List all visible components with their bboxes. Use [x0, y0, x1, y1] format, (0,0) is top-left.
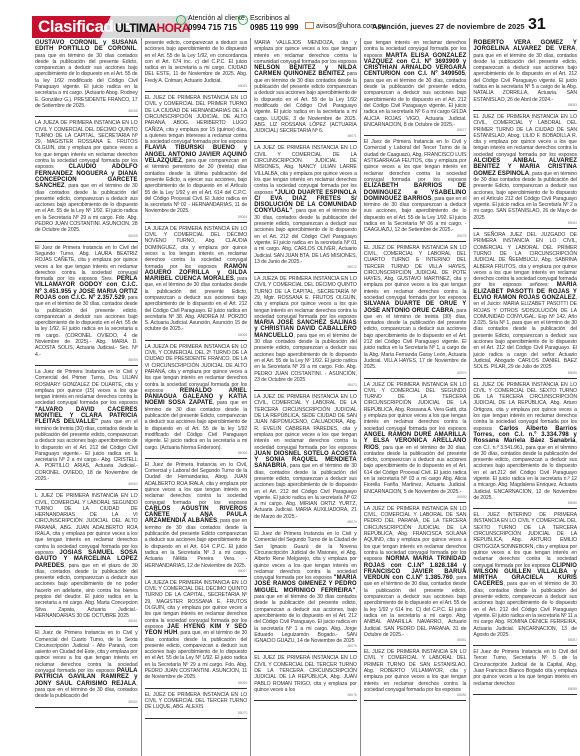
ad-lead-text: EL JUEZ DE PRIMERA INSTANCIA EN LO CIVIL… — [364, 649, 467, 693]
classifieds-columns: GUSTAVO CORONIL y SUSANA EDITH PORTILLO … — [32, 38, 580, 756]
classified-ad: LA JUEZ DE PRIMERA INSTANCIA EN LO CIVIL… — [254, 392, 357, 528]
ad-lead-text: EL JUEZ DE PRIMERA INSTANCIA EN LO CIVIL… — [473, 114, 577, 158]
ad-code: 88088 — [473, 687, 577, 691]
ad-body-text: , para que en término de 30 días contado… — [35, 46, 138, 109]
ad-names: GUSTAVO CORONIL y SUSANA EDITH PORTILLO … — [35, 40, 138, 52]
ad-names: ROBERTO VERA GOMEZ Y JORGELINA ALVAREZ D… — [473, 40, 577, 52]
ad-code: 88068 — [35, 109, 138, 113]
ad-code: 88060 — [35, 482, 138, 486]
ad-code: 88087 — [473, 638, 577, 642]
ad-body-text: , con C.I. n.º 3.541.961, para que en el… — [473, 438, 577, 501]
ad-lead-text: LA JUEZA DE PRIMERA INSTANCIA EN LO CIVI… — [145, 344, 248, 394]
classified-ad: LA JUEZA DE PRIMERA INSTANCIA EN LO CIVI… — [145, 342, 248, 459]
whatsapp-contact: Escribinos al 0985 119 999 — [250, 14, 299, 32]
ad-code: 88067 — [145, 569, 248, 573]
ad-code: 88083 — [473, 103, 577, 107]
ad-body-text: , para que en el término de 30 días comp… — [364, 196, 467, 233]
ad-lead-text: El Juez de Primera Instancia en lo Civil… — [254, 531, 357, 581]
ad-lead-text: presente edicto, comparezcan a deducir s… — [145, 40, 248, 84]
ad-lead-text: LA SEÑORA JUEZ DEL JUZGADO DE PRIMERA IN… — [473, 232, 577, 288]
classified-ad: presente edicto, comparezcan a deducir s… — [145, 38, 248, 92]
ad-code: 88074 — [254, 520, 357, 524]
classified-ad: El Juez de Primera Instancia en lo Civil… — [364, 137, 467, 241]
ad-body-text: , para que en el término de 30 días cont… — [254, 333, 357, 383]
ad-lead-text: El Juez de Primera Instancia en lo Civil… — [473, 649, 577, 686]
classified-ad: ROBERTO VERA GOMEZ Y JORGELINA ALVAREZ D… — [473, 38, 577, 111]
ad-body-text: , en el Juicio: MARIA ELIZABET PASOTTI D… — [473, 295, 577, 370]
column-5: ROBERTO VERA GOMEZ Y JORGELINA ALVAREZ D… — [470, 38, 580, 756]
ad-body-text: , para que en término de 30 días contado… — [145, 400, 248, 450]
ad-code: 88082 — [364, 693, 467, 697]
classified-ad: EL JUEZ DE PRIMERA INSTANCIA EN LO CIVIL… — [473, 380, 577, 510]
ad-body-text: , para que comparezcan en el término per… — [145, 158, 248, 214]
ad-body-text: , para que, en el término de 30 días con… — [145, 630, 248, 680]
ad-lead-text: LA JUEZ DE PRIMERA INSTANCIA EN LO CIVIL… — [364, 506, 467, 562]
ad-code: 88065 — [145, 333, 248, 337]
page-number: 31 — [528, 16, 546, 34]
classified-ad: LA JUEZA DE PRIMERA INSTANCIA EN LO CIVI… — [35, 118, 138, 241]
ad-lead-text: EL JUEZ INTERINO DE PRIMERA INSTANCIA EN… — [473, 512, 577, 568]
classified-ad: EL JUEZ DE PRIMERA INSTANCIA EN LO CIVIL… — [473, 112, 577, 229]
whatsapp-label: Escribinos al — [250, 14, 299, 23]
ad-body-text: , para que en el término de 30 días, con… — [254, 463, 357, 519]
ad-code: 88066 — [145, 451, 248, 455]
classified-ad: El Juez de Primera Instancia en lo Civil… — [254, 529, 357, 652]
ad-code: 88086 — [473, 501, 577, 505]
ad-lead-text: LA JUEZ DE PRIMERA INSTANCIA EN LO CIVIL… — [364, 382, 467, 432]
ad-code: 88073 — [254, 383, 357, 387]
classified-ad: MARIA VALLEJOS MENDOZA, cita y emplaza p… — [254, 38, 357, 142]
ad-code: 88071 — [254, 134, 357, 138]
ad-code: 88061 — [35, 619, 138, 623]
ad-lead-text: L JUEZ DE PRIMERA INSTANCIA EN LO CIVIL,… — [35, 493, 138, 556]
ad-body-text: , para que en el término de 30 días, con… — [473, 46, 577, 102]
classified-ad: El Juez de Primera Instancia en lo Civil… — [35, 243, 138, 366]
classified-ad: EL JUEZ DE PRIMERA INSTANCIA EN LO CIVIL… — [364, 243, 467, 379]
classified-ad: EL JUEZ DE PRIMERA INSTANCIA EN LO CIVIL… — [145, 690, 248, 719]
ad-body-text: , para que en el término de 30 días, con… — [364, 575, 467, 638]
ad-code: 88084 — [473, 221, 577, 225]
classified-ad: que tengan interés en reclamar derechos … — [364, 38, 467, 136]
ad-code: 88069 — [145, 681, 248, 685]
ad-lead-text: EL JUEZ DE PRIMERA INSTANCIA EN LO CIVIL… — [145, 95, 248, 145]
ad-code: 88078 — [364, 234, 467, 238]
publication-date: Asunción, jueves 27 de noviembre de 2025 — [372, 22, 525, 31]
ad-code: 88077 — [364, 128, 467, 132]
classified-ad: El Juez de Primera Instancia en lo Civil… — [145, 460, 248, 577]
ad-lead-text: LA JUEZ DE PRIMERA INSTANCIA EN LO CIVIL… — [254, 394, 357, 450]
ad-code: 88079 — [364, 371, 467, 375]
ad-body-text: para que en término de 30 días contados … — [254, 71, 357, 134]
column-2: presente edicto, comparezcan a deducir s… — [142, 38, 252, 756]
ad-names: SILVANA DUARTE DE ORUE Y JOSE ANTONIO OR… — [364, 301, 467, 313]
ad-body-text: , para que, en el término de 30 días con… — [145, 276, 248, 332]
ad-body-text: , para que en el término de treinta (30)… — [364, 308, 467, 371]
ad-names: NELSON BENITEZ y NILDA CARMEN QUIÑONEZ B… — [254, 65, 357, 77]
contact-phone[interactable]: 0994 715 715 — [188, 23, 247, 32]
classified-ad: GUSTAVO CORONIL y SUSANA EDITH PORTILLO … — [35, 38, 138, 117]
ad-lead-text: El Juez de Primera Instancia en lo Civil… — [364, 139, 467, 183]
ad-code: 88059 — [35, 358, 138, 362]
ad-lead-text: EL JUEZ DE PRIMERA INSTANCIA EN LO CIVIL… — [254, 655, 357, 692]
ad-lead-text: EL JUEZ DE PRIMERA INSTANCIA EN LO CIVIL… — [473, 382, 577, 432]
classified-ad: LA JUEZ DE PRIMERA INSTANCIA EN LO CIVIL… — [364, 504, 467, 646]
ad-lead-text: La Juez de Primera Instancia en lo Civil… — [35, 369, 138, 406]
classified-ad: LA JUEZA DE PRIMERA INSTANCIA EN LO CIVI… — [145, 224, 248, 341]
classified-ad: EL JUEZ DE PRIMERA INSTANCIA EN LO CIVIL… — [254, 653, 357, 701]
ad-code: 88062 — [35, 700, 138, 704]
ad-code: 88064 — [145, 215, 248, 219]
whatsapp-icon — [176, 15, 186, 25]
page-header: Clasificados ULTIMAHORA Atención al clie… — [0, 0, 580, 38]
ad-body-text: , para que en el plazo de 30 días, conta… — [35, 563, 138, 619]
ad-code: 88080 — [364, 495, 467, 499]
envelope-icon — [305, 22, 314, 29]
ad-code: 88058 — [35, 234, 138, 238]
whatsapp-icon — [238, 15, 248, 25]
classified-ad: LA JUEZA DE PRIMERA INSTANCIA EN LO CIVI… — [145, 578, 248, 689]
ad-lead-text: LA JUEZA DE PRIMERA INSTANCIA EN LO CIVI… — [145, 580, 248, 630]
ad-body-text: , para que en el término de 30 días, con… — [364, 445, 467, 495]
ad-body-text: , para que en el término de 30 días, con… — [364, 71, 467, 127]
whatsapp-number[interactable]: 0985 119 999 — [250, 23, 299, 32]
ad-code: 88085 — [473, 371, 577, 375]
ad-body-text: , para que en el término de 30 días, con… — [254, 208, 357, 264]
ad-lead-text: EL JUEZ DE PRIMERA INSTANCIA EN LO CIVIL… — [145, 692, 248, 711]
classified-ad: EL JUEZ DE PRIMERA INSTANCIA EN LO CIVIL… — [145, 93, 248, 223]
ad-lead-text: LA JUEZA DE PRIMERA INSTANCIA EN LO CIVI… — [35, 120, 138, 170]
classified-ad: EL JUEZ INTERINO DE PRIMERA INSTANCIA EN… — [473, 510, 577, 646]
ad-body-text: , para que en el término de 30 días cont… — [254, 588, 357, 644]
ad-lead-text: LA JUEZ DE PRIMERA INSTANCIA EN LO CIVIL… — [254, 145, 357, 195]
classified-ad: EL JUEZ DE PRIMERA INSTANCIA EN LO CIVIL… — [364, 647, 467, 701]
brand-part-1: ULTIMA — [115, 21, 156, 35]
ad-code: 88076 — [254, 693, 357, 697]
column-3: MARIA VALLEJOS MENDOZA, cita y emplaza p… — [251, 38, 361, 756]
ad-body-text: , para que en termino de 30 días contado… — [145, 518, 248, 568]
ad-code: 88075 — [254, 644, 357, 648]
ad-lead-text: EL JUEZ DE PRIMERA INSTANCIA EN LO CIVIL… — [364, 245, 467, 301]
ad-body-text: , para que en el término de 30 días, con… — [473, 581, 577, 637]
ad-body-text: , para que en término de 30 días contado… — [473, 171, 577, 221]
ad-body-text: , para que en el término de 30 días cont… — [35, 183, 138, 233]
classified-ad: LA SEÑORA JUEZ DEL JUZGADO DE PRIMERA IN… — [473, 230, 577, 379]
ad-body-text: , para que en el término de 30 días, con… — [35, 295, 138, 358]
classified-ad: LA JUEZ DE PRIMERA INSTANCIA EN LO CIVIL… — [364, 380, 467, 503]
column-4: que tengan interés en reclamar derechos … — [361, 38, 471, 756]
classified-ad: LA JUEZ DE PRIMERA INSTANCIA EN LO CIVIL… — [254, 143, 357, 273]
classified-ad: L JUEZ DE PRIMERA INSTANCIA EN LO CIVIL,… — [35, 491, 138, 627]
classified-ad: El Juez de Primera Instancia en lo Civil… — [35, 628, 138, 707]
ad-code: 88070 — [145, 711, 248, 715]
ad-code: 88072 — [254, 265, 357, 269]
ad-code: 88063 — [145, 84, 248, 88]
classified-ad: La Juez de Primera Instancia en lo Civil… — [35, 367, 138, 490]
ad-body-text: para que en el término de treinta (30) d… — [35, 419, 138, 482]
ad-code: 88081 — [364, 638, 467, 642]
ad-lead-text: LA JUEZA DE PRIMERA INSTANCIA EN LO CIVI… — [254, 276, 357, 320]
classified-ad: El Juez de Primera Instancia en lo Civil… — [473, 647, 577, 695]
classified-ad: LA JUEZA DE PRIMERA INSTANCIA EN LO CIVI… — [254, 274, 357, 391]
ad-lead-text: MARIA VALLEJOS MENDOZA, cita y emplaza p… — [254, 40, 357, 65]
column-1: GUSTAVO CORONIL y SUSANA EDITH PORTILLO … — [32, 38, 142, 756]
ad-lead-text: El Juez de Primera Instancia en lo Civil… — [145, 462, 248, 506]
